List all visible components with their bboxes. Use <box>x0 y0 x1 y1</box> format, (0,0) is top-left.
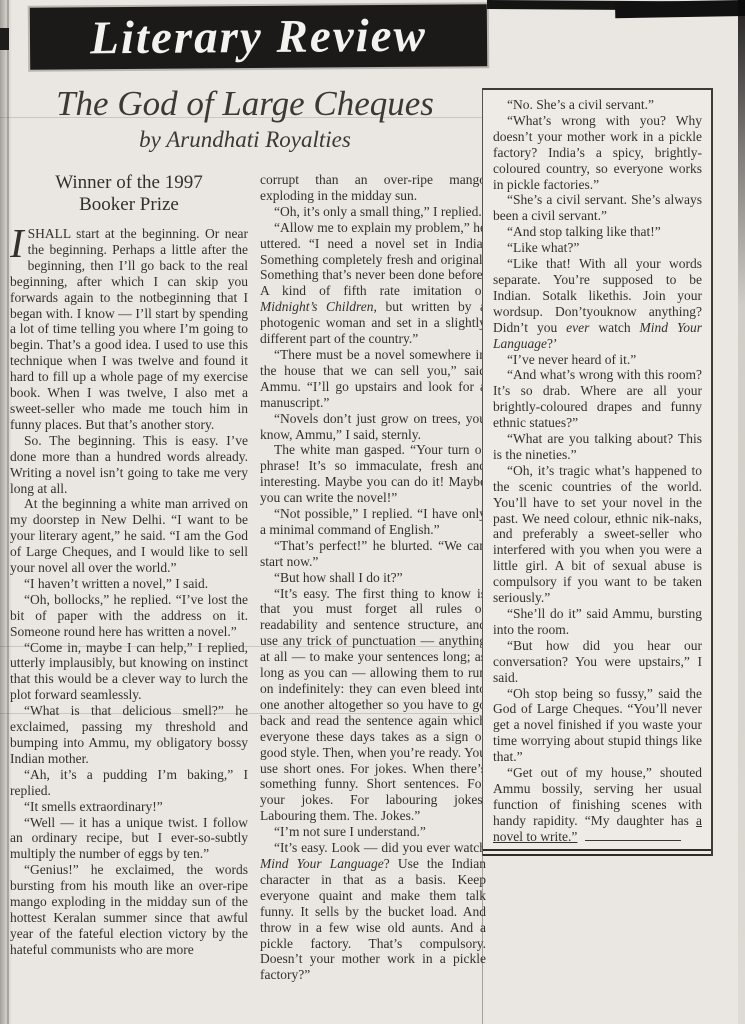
paragraph: “Oh stop being so fussy,” said the God o… <box>493 686 702 766</box>
drop-cap: I <box>10 226 28 259</box>
scan-mark-left <box>0 28 9 50</box>
scan-shadow-right <box>738 0 745 1024</box>
paragraph: “Oh, it’s only a small thing,” I replied… <box>260 204 486 220</box>
paragraph: “Get out of my house,” shouted Ammu boss… <box>493 765 702 845</box>
paragraph: “Come in, maybe I can help,” I replied, … <box>10 640 248 704</box>
paragraph: “Allow me to explain my problem,” he utt… <box>260 220 486 347</box>
paragraph: “There must be a novel somewhere in the … <box>260 347 486 411</box>
paragraph: “Well — it has a unique twist. I follow … <box>10 815 248 863</box>
trailing-rule <box>585 837 681 841</box>
paragraph: ISHALL start at the beginning. Or near t… <box>10 226 248 433</box>
italic-text: Mind Your Language <box>493 320 702 351</box>
boxed-clipping: “No. She’s a civil servant.”“What’s wron… <box>482 88 713 856</box>
paragraph: “Like that! With all your words separate… <box>493 256 702 351</box>
paragraph: “No. She’s a civil servant.” <box>493 97 702 113</box>
text-column-1: Winner of the 1997 Booker Prize ISHALL s… <box>10 172 248 1024</box>
italic-text: ever <box>566 320 589 335</box>
paragraph: “She’s a civil servant. She’s always bee… <box>493 192 702 224</box>
paragraph: “It smells extraordinary!” <box>10 799 248 815</box>
paragraph: The white man gasped. “Your turn of phra… <box>260 442 486 506</box>
paragraph: “I haven’t written a novel,” I said. <box>10 576 248 592</box>
paragraph: “That’s perfect!” he blurted. “We can st… <box>260 538 486 570</box>
paragraph: “Like what?” <box>493 240 702 256</box>
end-double-rule <box>483 849 711 856</box>
paragraph: “Oh, it’s tragic what’s happened to the … <box>493 463 702 606</box>
paragraph: “I’ve never heard of it.” <box>493 352 702 368</box>
paragraph: “Ah, it’s a pudding I’m baking,” I repli… <box>10 767 248 799</box>
paragraph: “And what’s wrong with this room? It’s s… <box>493 367 702 431</box>
text-column-2: corrupt than an over-ripe mango explodin… <box>260 172 486 1024</box>
article-title: The God of Large Cheques <box>0 84 490 124</box>
magazine-banner: Literary Review <box>30 4 487 70</box>
paragraph: “What is that delicious smell?” he excla… <box>10 703 248 767</box>
paragraph: “What are you talking about? This is the… <box>493 431 702 463</box>
booker-prize-heading: Winner of the 1997 Booker Prize <box>10 172 248 216</box>
paragraph: “She’ll do it” said Ammu, bursting into … <box>493 606 702 638</box>
scan-crease-left <box>7 0 9 1024</box>
booker-heading-line1: Winner of the 1997 <box>55 172 203 193</box>
paragraph: “Not possible,” I replied. “I have only … <box>260 506 486 538</box>
paragraph: “It’s easy. The first thing to know is t… <box>260 586 486 825</box>
paragraph: “I’m not sure I understand.” <box>260 824 486 840</box>
paragraph: corrupt than an over-ripe mango explodin… <box>260 172 486 204</box>
paragraph: “But how shall I do it?” <box>260 570 486 586</box>
paragraph: At the beginning a white man arrived on … <box>10 496 248 576</box>
italic-text: Mind Your Language <box>260 856 384 871</box>
paragraph: “Genius!” he exclaimed, the words bursti… <box>10 862 248 957</box>
paragraph: So. The beginning. This is easy. I’ve do… <box>10 433 248 497</box>
paragraph: “And stop talking like that!” <box>493 224 702 240</box>
paragraph: “Oh, bollocks,” he replied. “I’ve lost t… <box>10 592 248 640</box>
scan-corner-top-right <box>615 0 745 18</box>
banner-title: Literary Review <box>90 9 427 66</box>
article-byline: by Arundhati Royalties <box>0 126 490 153</box>
article-header: The God of Large Cheques by Arundhati Ro… <box>0 84 490 153</box>
italic-text: Midnight’s Children <box>260 299 374 314</box>
paragraph: “What’s wrong with you? Why doesn’t your… <box>493 113 702 193</box>
paragraph: “It’s easy. Look — did you ever watch Mi… <box>260 840 486 983</box>
booker-heading-line2: Booker Prize <box>79 194 179 215</box>
paragraph: “But how did you hear our conversation? … <box>493 638 702 686</box>
paragraph: “Novels don’t just grow on trees, you kn… <box>260 411 486 443</box>
text-column-3: “No. She’s a civil servant.”“What’s wron… <box>493 97 702 845</box>
